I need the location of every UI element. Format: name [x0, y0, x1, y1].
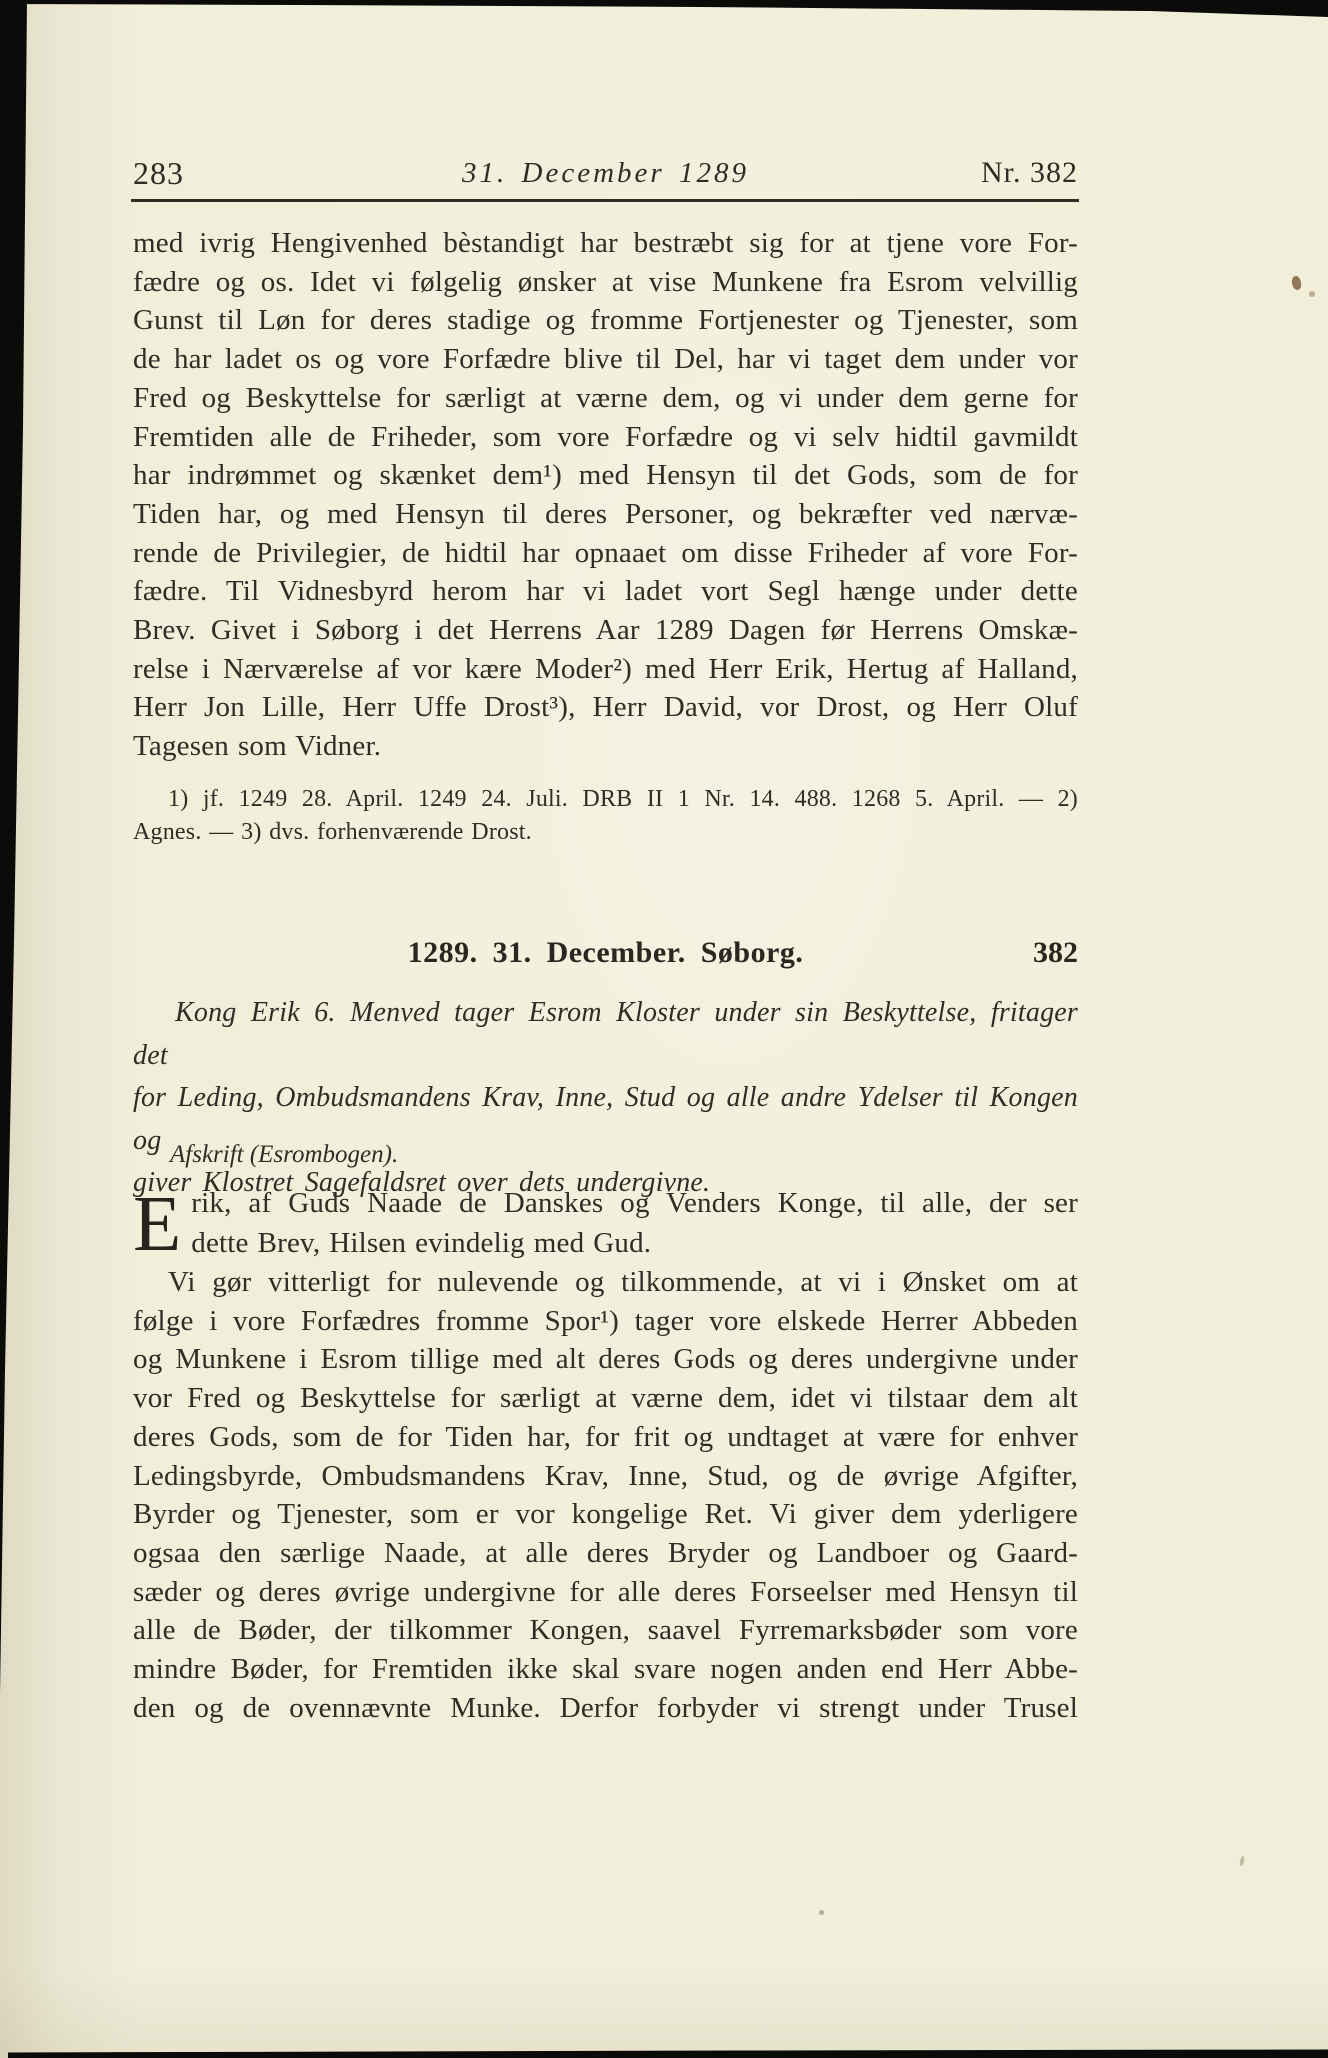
text-line: dette Brev, Hilsen evindelig med Gud. [133, 1223, 1078, 1263]
entry-heading-number: 382 [1033, 936, 1078, 970]
text-line: med ivrig Hengivenhed bèstandigt har bes… [133, 224, 1078, 263]
paper-speck [1309, 291, 1315, 297]
letter-opening-lines: rik, af Guds Naade de Danskes og Venders… [133, 1183, 1078, 1263]
text-line: mindre Bøder, for Fremtiden ikke skal sv… [133, 1650, 1078, 1689]
text-line: Byrder og Tjenester, som er vor kongelig… [133, 1495, 1078, 1534]
text-line: rik, af Guds Naade de Danskes og Venders… [133, 1183, 1078, 1223]
text-line: og Munkene i Esrom tillige med alt deres… [133, 1340, 1078, 1379]
text-line: vor Fred og Beskyttelse for særligt at v… [133, 1379, 1078, 1418]
entry-heading-title: 1289. 31. December. Søborg. [133, 936, 1078, 970]
source-note: Afskrift (Esrombogen). [133, 1138, 1078, 1172]
paper-speck [819, 1910, 824, 1915]
text-line: alle de Bøder, der tilkommer Kongen, saa… [133, 1611, 1078, 1650]
running-title: 31. December 1289 [133, 150, 1078, 196]
text-line: Fremtiden alle de Friheder, som vore For… [133, 418, 1078, 457]
text-line: Herr Jon Lille, Herr Uffe Drost³), Herr … [133, 688, 1078, 727]
text-line: den og de ovennævnte Munke. Derfor forby… [133, 1689, 1078, 1728]
letter-opening: E rik, af Guds Naade de Danskes og Vende… [133, 1183, 1078, 1263]
text-line: følge i vore Forfædres fromme Spor¹) tag… [133, 1302, 1078, 1341]
text-line: fædre og os. Idet vi følgelig ønsker at … [133, 263, 1078, 302]
entry-number-label: Nr. 382 [981, 150, 1078, 196]
scanned-book-page: 283 31. December 1289 Nr. 382 med ivrig … [0, 0, 1328, 2058]
text-line: Tagesen som Vidner. [133, 727, 1078, 766]
text-line: fædre. Til Vidnesbyrd herom har vi ladet… [133, 572, 1078, 611]
entry-heading: 1289. 31. December. Søborg. 382 [133, 936, 1078, 976]
paper-speck [1239, 1856, 1245, 1867]
text-line: Fred og Beskyttelse for særligt at værne… [133, 379, 1078, 418]
scan-edge-left [0, 0, 30, 1712]
paragraph-previous-entry: med ivrig Hengivenhed bèstandigt har bes… [133, 224, 1078, 766]
paper-speck [1290, 275, 1303, 291]
text-line: relse i Nærværelse af vor kære Moder²) m… [133, 650, 1078, 689]
text-line: Gunst til Løn for deres stadige og fromm… [133, 301, 1078, 340]
letter-body: Vi gør vitterligt for nulevende og tilko… [133, 1263, 1078, 1727]
page-header: 283 31. December 1289 Nr. 382 [133, 150, 1078, 196]
text-line: rende de Privilegier, de hidtil har opna… [133, 534, 1078, 573]
text-line: deres Gods, som de for Tiden har, for fr… [133, 1418, 1078, 1457]
scan-edge-top [0, 0, 1328, 17]
text-line: sæder og deres øvrige undergivne for all… [133, 1573, 1078, 1612]
text-line: Vi gør vitterligt for nulevende og tilko… [133, 1263, 1078, 1302]
footnote-line: Agnes. — 3) dvs. forhenværende Drost. [133, 816, 1078, 849]
text-line: Brev. Givet i Søborg i det Herrens Aar 1… [133, 611, 1078, 650]
footnote-block: 1) jf. 1249 28. April. 1249 24. Juli. DR… [133, 783, 1078, 849]
scan-edge-bottom [8, 2048, 1328, 2058]
text-line: Ledingsbyrde, Ombudsmandens Krav, Inne, … [133, 1457, 1078, 1496]
text-line: Tiden har, og med Hensyn til deres Perso… [133, 495, 1078, 534]
text-line: de har ladet os og vore Forfædre blive t… [133, 340, 1078, 379]
summary-line: Kong Erik 6. Menved tager Esrom Kloster … [133, 992, 1078, 1077]
header-rule [131, 199, 1079, 202]
entry-summary: Kong Erik 6. Menved tager Esrom Kloster … [133, 992, 1078, 1205]
footnote-line: 1) jf. 1249 28. April. 1249 24. Juli. DR… [133, 783, 1078, 816]
drop-cap-initial: E [133, 1183, 191, 1261]
text-line: har indrømmet og skænket dem¹) med Hensy… [133, 456, 1078, 495]
text-line: ogsaa den særlige Naade, at alle deres B… [133, 1534, 1078, 1573]
